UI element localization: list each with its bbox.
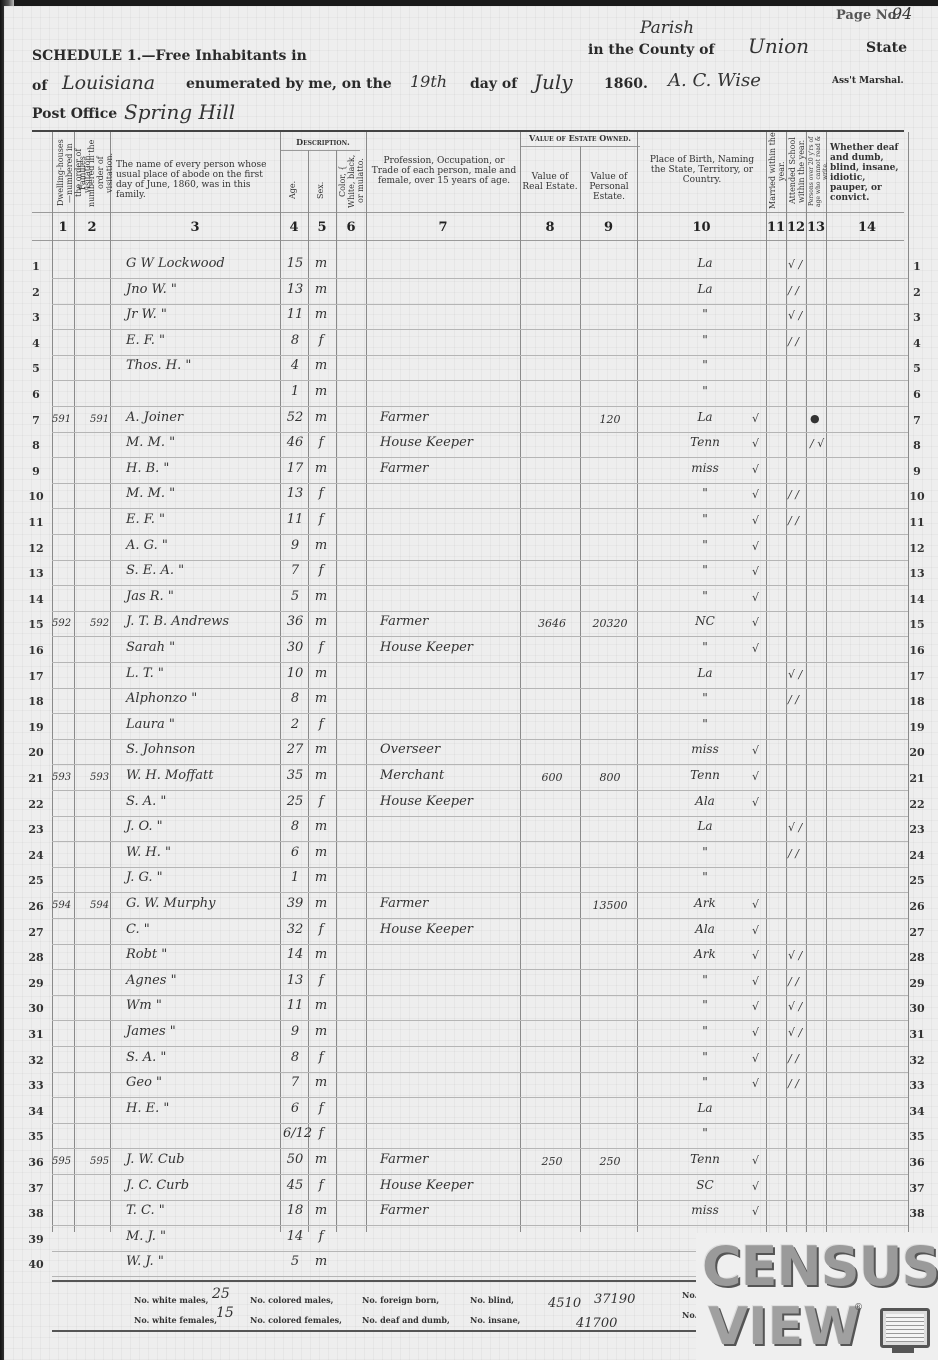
- person-name: Agnes ": [126, 973, 276, 988]
- colored-males-label: No. colored males,: [250, 1295, 333, 1305]
- line-number-left: 27: [22, 926, 50, 939]
- attended-school: / /: [788, 693, 808, 706]
- sex: m: [307, 998, 335, 1013]
- line-number-left: 25: [22, 874, 50, 887]
- table-row: 61m"6: [0, 382, 938, 407]
- colnum-13: 13: [806, 220, 826, 235]
- birthplace-check: √: [752, 488, 766, 501]
- line-number-right: 27: [903, 926, 931, 939]
- sex: f: [307, 563, 335, 578]
- combined-estate-total: 41700: [576, 1316, 617, 1331]
- person-name: Jr W. ": [126, 307, 276, 322]
- line-number-right: 1: [903, 260, 931, 273]
- age: 25: [283, 794, 307, 809]
- deaf-dumb-label: No. deaf and dumb,: [362, 1315, 450, 1325]
- person-name: A. Joiner: [126, 410, 276, 425]
- table-row: 3Jr W. "11m"√ /3: [0, 305, 938, 330]
- dwelling-number: 593: [52, 772, 90, 783]
- personal-estate-value: 800: [582, 771, 638, 784]
- attended-school: / /: [788, 284, 808, 297]
- birthplace: La: [660, 282, 750, 296]
- real-estate-value: 600: [524, 771, 580, 784]
- person-name: J. W. Cub: [126, 1152, 276, 1167]
- line-number-right: 37: [903, 1182, 931, 1195]
- sex: m: [307, 410, 335, 425]
- sex: m: [307, 666, 335, 681]
- age: 15: [283, 256, 307, 271]
- white-males-value: 25: [212, 1286, 230, 1302]
- birthplace-check: √: [752, 949, 766, 962]
- line-number-left: 26: [22, 900, 50, 913]
- line-number-right: 22: [903, 798, 931, 811]
- attended-school: √ /: [788, 821, 808, 834]
- cannot-read-write: ●: [810, 412, 830, 425]
- person-name: Jno W. ": [126, 282, 276, 297]
- blind-label: No. blind,: [470, 1295, 514, 1305]
- birthplace-check: √: [752, 1000, 766, 1013]
- birthplace: ": [660, 998, 750, 1012]
- person-name: H. B. ": [126, 461, 276, 476]
- person-name: M. M. ": [126, 435, 276, 450]
- age: 14: [283, 947, 307, 962]
- personal-estate-value: 13500: [582, 899, 638, 912]
- birthplace: ": [660, 358, 750, 372]
- line-number-right: 33: [903, 1079, 931, 1092]
- table-row: 20S. Johnson27mOverseermiss√20: [0, 740, 938, 765]
- person-name: Thos. H. ": [126, 358, 276, 373]
- table-row: 32S. A. "8f"√/ /32: [0, 1048, 938, 1073]
- line-number-right: 12: [903, 542, 931, 555]
- day-value: 19th: [410, 72, 447, 91]
- birthplace-check: √: [752, 642, 766, 655]
- colnum-5: 5: [308, 220, 336, 235]
- sex: f: [307, 1050, 335, 1065]
- birthplace-check: √: [752, 1180, 766, 1193]
- table-row: 36595595J. W. Cub50mFarmer250250Tenn√36: [0, 1150, 938, 1175]
- line-number-left: 37: [22, 1182, 50, 1195]
- birthplace-check: √: [752, 437, 766, 450]
- col3-header: The name of every person whose usual pla…: [116, 160, 276, 200]
- table-row: 23J. O. "8mLa√ /23: [0, 817, 938, 842]
- month-value: July: [534, 70, 573, 94]
- line-number-left: 17: [22, 670, 50, 683]
- line-number-left: 1: [22, 260, 50, 273]
- line-number-right: 5: [903, 362, 931, 375]
- sex: f: [307, 1101, 335, 1116]
- birthplace: Ala: [660, 794, 750, 808]
- birthplace: La: [660, 256, 750, 270]
- birthplace: ": [660, 691, 750, 705]
- sex: m: [307, 614, 335, 629]
- family-number: 593: [90, 772, 120, 783]
- line-number-right: 24: [903, 849, 931, 862]
- line-number-right: 32: [903, 1054, 931, 1067]
- post-office-label: Post Office: [32, 106, 117, 122]
- birthplace: ": [660, 589, 750, 603]
- line-number-right: 18: [903, 695, 931, 708]
- line-number-right: 26: [903, 900, 931, 913]
- birthplace: ": [660, 563, 750, 577]
- table-row: 14Jas R. "5m"√14: [0, 587, 938, 612]
- birthplace: miss: [660, 1203, 750, 1217]
- attended-school: √ /: [788, 949, 808, 962]
- censusview-logo: CENSUS VIEW ®: [696, 1233, 938, 1360]
- person-name: J. T. B. Andrews: [126, 614, 276, 629]
- birthplace-check: √: [752, 1205, 766, 1218]
- line-number-right: 25: [903, 874, 931, 887]
- line-number-left: 9: [22, 465, 50, 478]
- age: 9: [283, 538, 307, 553]
- white-males-label: No. white males,: [134, 1295, 208, 1305]
- age: 46: [283, 435, 307, 450]
- birthplace: ": [660, 640, 750, 654]
- sex: m: [307, 256, 335, 271]
- line-number-left: 32: [22, 1054, 50, 1067]
- colnum-8: 8: [520, 220, 580, 235]
- page-no: 94: [892, 4, 912, 23]
- col12-header: Attended School within the year.: [788, 132, 804, 210]
- age: 13: [283, 973, 307, 988]
- birthplace: ": [660, 1024, 750, 1038]
- line-number-left: 12: [22, 542, 50, 555]
- birthplace-check: √: [752, 975, 766, 988]
- table-row: 9H. B. "17mFarmermiss√9: [0, 459, 938, 484]
- age: 30: [283, 640, 307, 655]
- birthplace: Ala: [660, 922, 750, 936]
- person-name: Robt ": [126, 947, 276, 962]
- line-number-left: 16: [22, 644, 50, 657]
- col11-header: Married within the year.: [768, 132, 784, 210]
- post-office-value: Spring Hill: [124, 100, 235, 124]
- sex: m: [307, 1024, 335, 1039]
- table-row: 27C. "32fHouse KeeperAla√27: [0, 920, 938, 945]
- header-divider: [32, 212, 904, 213]
- table-row: 26594594G. W. Murphy39mFarmer13500Ark√26: [0, 894, 938, 919]
- birthplace-check: √: [752, 616, 766, 629]
- sex: m: [307, 896, 335, 911]
- age: 6: [283, 1101, 307, 1116]
- colored-females-label: No. colored females,: [250, 1315, 342, 1325]
- birthplace: ": [660, 512, 750, 526]
- table-row: 5Thos. H. "4m"5: [0, 356, 938, 381]
- attended-school: / /: [788, 1052, 808, 1065]
- sex: m: [307, 742, 335, 757]
- sex: m: [307, 819, 335, 834]
- occupation: House Keeper: [380, 1178, 510, 1193]
- birthplace: miss: [660, 461, 750, 475]
- birthplace-check: √: [752, 540, 766, 553]
- convicts-label: No.: [682, 1310, 697, 1320]
- dwelling-number: 591: [52, 414, 90, 425]
- table-row: 28Robt "14mArk√√ /28: [0, 945, 938, 970]
- table-row: 19Laura "2f"19: [0, 715, 938, 740]
- age: 8: [283, 333, 307, 348]
- age: 39: [283, 896, 307, 911]
- person-name: E. F. ": [126, 512, 276, 527]
- birthplace: ": [660, 1050, 750, 1064]
- line-number-right: 7: [903, 414, 931, 427]
- paupers-label: No.: [682, 1290, 697, 1300]
- col14-header: Whether deaf and dumb, blind, insane, id…: [830, 143, 906, 203]
- cannot-read-write: / √: [810, 437, 830, 450]
- colnum-2: 2: [74, 220, 110, 235]
- colnum-12: 12: [786, 220, 806, 235]
- birthplace: Ark: [660, 896, 750, 910]
- col1-header: Dwelling-houses—numbered in the order of…: [56, 136, 72, 210]
- birthplace-check: √: [752, 744, 766, 757]
- of-label: of: [32, 78, 47, 94]
- sex: m: [307, 1203, 335, 1218]
- sex: f: [307, 1229, 335, 1244]
- col9-header: Value of Personal Estate.: [582, 172, 636, 202]
- line-number-left: 29: [22, 977, 50, 990]
- line-number-right: 19: [903, 721, 931, 734]
- person-name: G W Lockwood: [126, 256, 276, 271]
- personal-estate-value: 20320: [582, 617, 638, 630]
- white-females-label: No. white females,: [134, 1315, 217, 1325]
- family-number: 591: [90, 414, 120, 425]
- occupation: House Keeper: [380, 435, 510, 450]
- table-row: 4E. F. "8f"/ /4: [0, 331, 938, 356]
- state-value: Louisiana: [62, 72, 155, 94]
- table-row: 356/12f"35: [0, 1124, 938, 1149]
- person-name: A. G. ": [126, 538, 276, 553]
- table-row: 22S. A. "25fHouse KeeperAla√22: [0, 792, 938, 817]
- description-header: Description.: [280, 137, 366, 147]
- attended-school: / /: [788, 514, 808, 527]
- line-number-left: 7: [22, 414, 50, 427]
- line-number-left: 36: [22, 1156, 50, 1169]
- attended-school: √ /: [788, 1026, 808, 1039]
- occupation: Farmer: [380, 461, 510, 476]
- attended-school: √ /: [788, 1000, 808, 1013]
- table-row: 16Sarah "30fHouse Keeper"√16: [0, 638, 938, 663]
- age: 8: [283, 819, 307, 834]
- line-number-left: 19: [22, 721, 50, 734]
- sex: m: [307, 768, 335, 783]
- sex: f: [307, 1178, 335, 1193]
- year: 1860.: [604, 76, 648, 92]
- sex: m: [307, 307, 335, 322]
- line-number-right: 31: [903, 1028, 931, 1041]
- personal-estate-total: 37190: [594, 1292, 635, 1307]
- description-rule: [280, 150, 360, 151]
- sex: f: [307, 640, 335, 655]
- colnum-14: 14: [826, 220, 908, 235]
- birthplace: NC: [660, 614, 750, 628]
- marshal-label: Ass't Marshal.: [832, 76, 904, 86]
- age: 27: [283, 742, 307, 757]
- colnum-1: 1: [52, 220, 74, 235]
- col4-header: Age.: [288, 170, 300, 210]
- person-name: Wm ": [126, 998, 276, 1013]
- line-number-left: 4: [22, 337, 50, 350]
- birthplace: La: [660, 666, 750, 680]
- line-number-right: 29: [903, 977, 931, 990]
- personal-estate-value: 250: [582, 1155, 638, 1168]
- line-number-left: 34: [22, 1105, 50, 1118]
- line-number-left: 24: [22, 849, 50, 862]
- logo-view-text: VIEW: [708, 1297, 860, 1357]
- age: 5: [283, 1254, 307, 1269]
- line-number-right: 10: [903, 490, 931, 503]
- table-row: 1G W Lockwood15mLa√ /1: [0, 254, 938, 279]
- person-name: S. Johnson: [126, 742, 276, 757]
- table-row: 31James "9m"√√ /31: [0, 1022, 938, 1047]
- person-name: L. T. ": [126, 666, 276, 681]
- person-name: Alphonzo ": [126, 691, 276, 706]
- colnum-4: 4: [280, 220, 308, 235]
- family-number: 592: [90, 618, 120, 629]
- birthplace-check: √: [752, 514, 766, 527]
- line-number-left: 20: [22, 746, 50, 759]
- line-number-left: 11: [22, 516, 50, 529]
- colnum-10: 10: [637, 220, 766, 235]
- line-number-right: 16: [903, 644, 931, 657]
- table-row: 29Agnes "13f"√/ /29: [0, 971, 938, 996]
- line-number-left: 8: [22, 439, 50, 452]
- sex: m: [307, 691, 335, 706]
- line-number-left: 18: [22, 695, 50, 708]
- birthplace-check: √: [752, 565, 766, 578]
- age: 8: [283, 1050, 307, 1065]
- estate-header: Value of Estate Owned.: [520, 133, 640, 143]
- sex: m: [307, 358, 335, 373]
- line-number-right: 36: [903, 1156, 931, 1169]
- age: 9: [283, 1024, 307, 1039]
- person-name: J. O. ": [126, 819, 276, 834]
- age: 17: [283, 461, 307, 476]
- family-number: 595: [90, 1156, 120, 1167]
- line-number-right: 13: [903, 567, 931, 580]
- attended-school: / /: [788, 847, 808, 860]
- sex: m: [307, 538, 335, 553]
- sex: f: [307, 486, 335, 501]
- person-name: Sarah ": [126, 640, 276, 655]
- line-number-right: 6: [903, 388, 931, 401]
- table-row: 21593593W. H. Moffatt35mMerchant600800Te…: [0, 766, 938, 791]
- person-name: H. E. ": [126, 1101, 276, 1116]
- schedule-title: SCHEDULE 1.—Free Inhabitants in: [32, 48, 307, 64]
- birthplace: ": [660, 845, 750, 859]
- dwelling-number: 595: [52, 1156, 90, 1167]
- table-row: 12A. G. "9m"√12: [0, 536, 938, 561]
- table-row: 7591591A. Joiner52mFarmer120La√●7: [0, 408, 938, 433]
- age: 8: [283, 691, 307, 706]
- age: 18: [283, 1203, 307, 1218]
- col5-header: Sex.: [316, 170, 328, 210]
- line-number-right: 30: [903, 1002, 931, 1015]
- person-name: W. J. ": [126, 1254, 276, 1269]
- line-number-right: 28: [903, 951, 931, 964]
- person-name: W. H. Moffatt: [126, 768, 276, 783]
- colnum-6: 6: [336, 220, 366, 235]
- occupation: Farmer: [380, 896, 510, 911]
- birthplace: ": [660, 333, 750, 347]
- age: 10: [283, 666, 307, 681]
- line-number-left: 6: [22, 388, 50, 401]
- line-number-left: 14: [22, 593, 50, 606]
- col13-header: Persons over 20 y'rs of age who cannot r…: [808, 132, 824, 210]
- sex: f: [307, 973, 335, 988]
- line-number-left: 22: [22, 798, 50, 811]
- col8-header: Value of Real Estate.: [522, 172, 578, 192]
- white-females-value: 15: [216, 1305, 234, 1321]
- sex: m: [307, 1152, 335, 1167]
- sex: f: [307, 333, 335, 348]
- sex: m: [307, 947, 335, 962]
- line-number-left: 35: [22, 1130, 50, 1143]
- age: 13: [283, 486, 307, 501]
- person-name: S. A. ": [126, 794, 276, 809]
- occupation: Farmer: [380, 410, 510, 425]
- sex: m: [307, 282, 335, 297]
- dwelling-number: 592: [52, 618, 90, 629]
- attended-school: / /: [788, 975, 808, 988]
- table-row: 2Jno W. "13mLa/ /2: [0, 280, 938, 305]
- parish-handwritten: Parish: [640, 18, 694, 38]
- birthplace-check: √: [752, 1077, 766, 1090]
- line-number-right: 8: [903, 439, 931, 452]
- line-number-left: 30: [22, 1002, 50, 1015]
- table-row: 8M. M. "46fHouse KeeperTenn√/ √8: [0, 433, 938, 458]
- county-value: Union: [748, 34, 809, 58]
- occupation: Farmer: [380, 1152, 510, 1167]
- attended-school: / /: [788, 1077, 808, 1090]
- person-name: T. C. ": [126, 1203, 276, 1218]
- person-name: J. G. ": [126, 870, 276, 885]
- sex: f: [307, 435, 335, 450]
- age: 45: [283, 1178, 307, 1193]
- age: 1: [283, 870, 307, 885]
- day-of-label: day of: [470, 76, 517, 92]
- birthplace: ": [660, 538, 750, 552]
- age: 7: [283, 563, 307, 578]
- age: 11: [283, 998, 307, 1013]
- colnum-9: 9: [580, 220, 637, 235]
- person-name: Jas R. ": [126, 589, 276, 604]
- attended-school: √ /: [788, 668, 808, 681]
- page-no-label: Page No.: [836, 8, 901, 23]
- registered-mark: ®: [854, 1303, 863, 1313]
- table-row: 25J. G. "1m"25: [0, 868, 938, 893]
- age: 11: [283, 512, 307, 527]
- sex: m: [307, 845, 335, 860]
- birthplace-check: √: [752, 796, 766, 809]
- table-row: 24W. H. "6m"/ /24: [0, 843, 938, 868]
- birthplace-check: √: [752, 1154, 766, 1167]
- table-row: 30Wm "11m"√√ /30: [0, 996, 938, 1021]
- birthplace: ": [660, 870, 750, 884]
- col2-header: Families numbered in the order of visita…: [78, 136, 106, 210]
- sex: m: [307, 384, 335, 399]
- age: 1: [283, 384, 307, 399]
- colnum-11: 11: [766, 220, 786, 235]
- occupation: House Keeper: [380, 794, 510, 809]
- birthplace: ": [660, 486, 750, 500]
- birthplace: Tenn: [660, 435, 750, 449]
- table-row: 10M. M. "13f"√/ /10: [0, 484, 938, 509]
- birthplace: Ark: [660, 947, 750, 961]
- age: 50: [283, 1152, 307, 1167]
- line-number-left: 5: [22, 362, 50, 375]
- age: 6: [283, 845, 307, 860]
- age: 2: [283, 717, 307, 732]
- line-number-right: 15: [903, 618, 931, 631]
- person-name: C. ": [126, 922, 276, 937]
- line-number-left: 39: [22, 1233, 50, 1246]
- occupation: Overseer: [380, 742, 510, 757]
